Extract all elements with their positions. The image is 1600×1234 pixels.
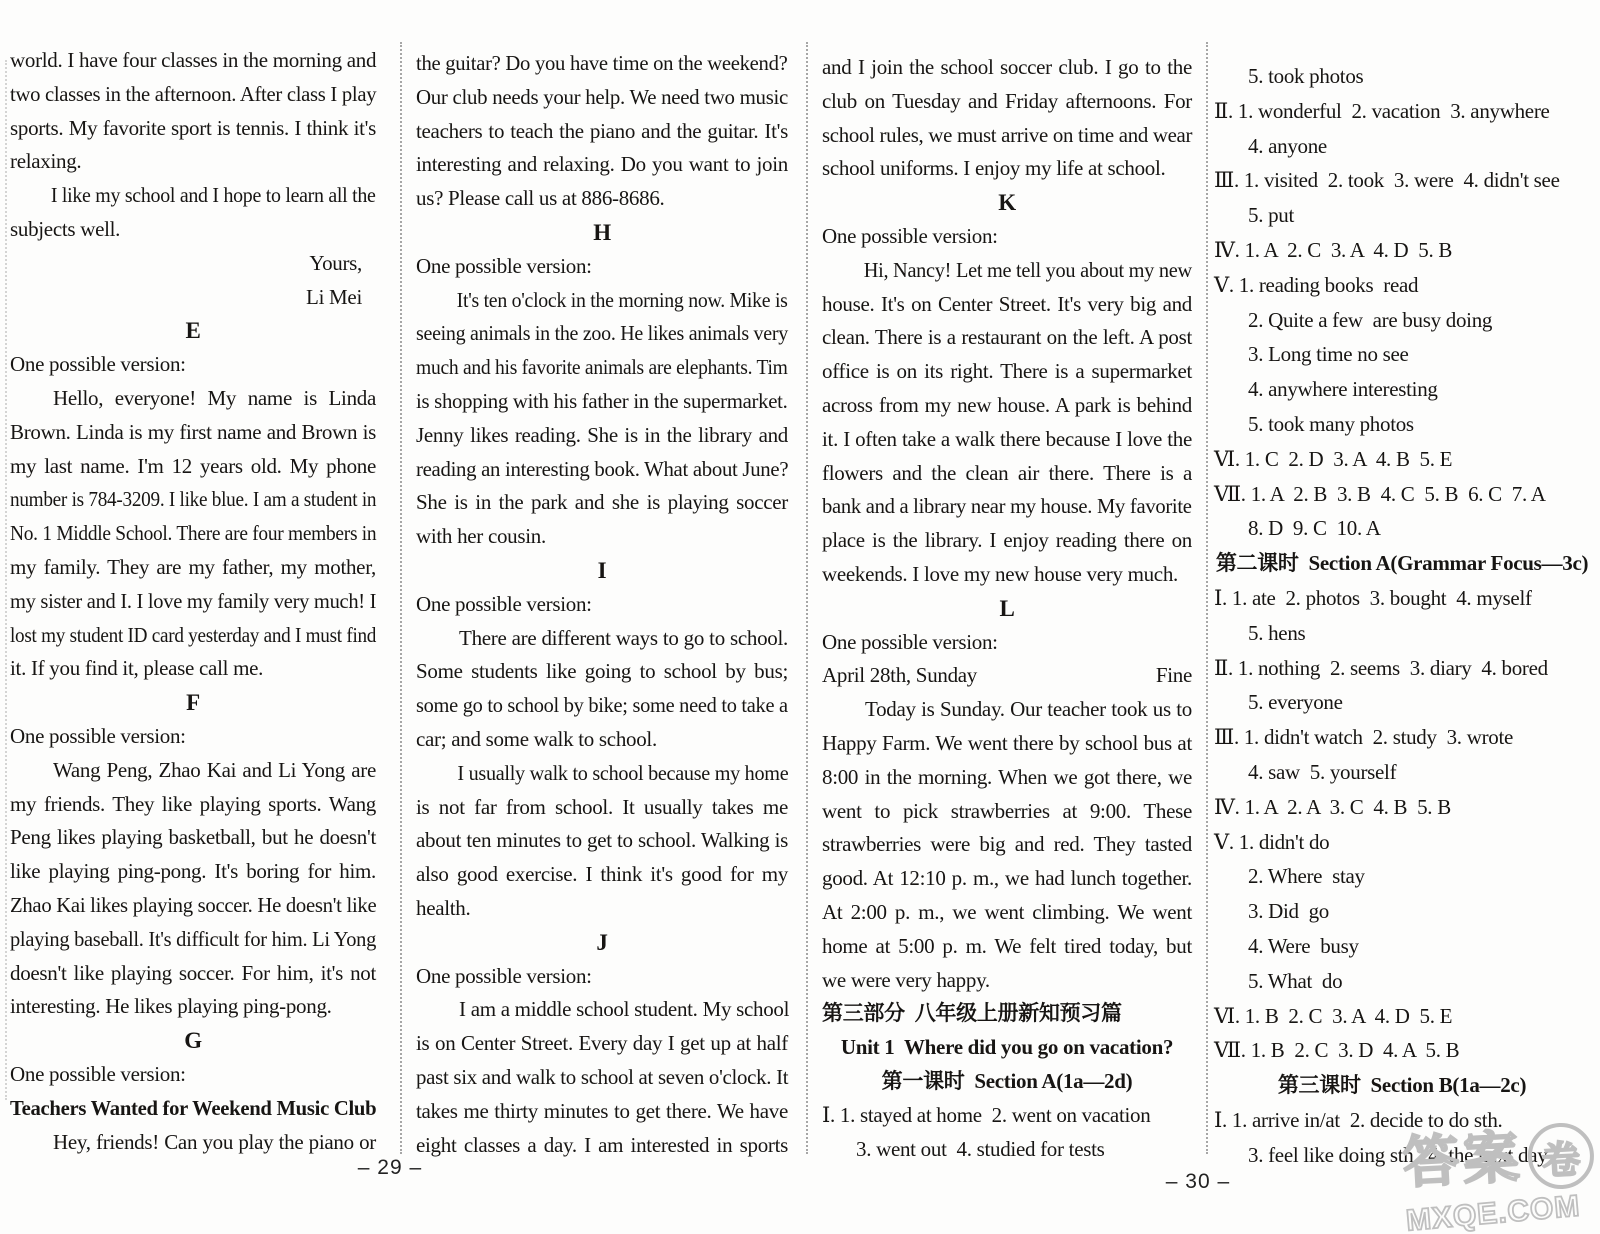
text-line: school uniforms. I enjoy my life at scho… [822, 152, 1192, 186]
text-line: 8:00 in the morning. When we got there, … [822, 761, 1192, 795]
text-line: office is on its right. There is a super… [822, 355, 1192, 389]
text-line: Ⅶ. 1. B 2. C 3. D 4. A 5. B [1214, 1033, 1590, 1068]
text-line: place is the library. I enjoy reading th… [822, 524, 1192, 558]
text-line: There are different ways to go to school… [416, 622, 788, 656]
text-line: Ⅴ. 1. didn't do [1214, 825, 1590, 860]
text-line: flowers and the clean air there. There i… [822, 457, 1192, 491]
text-line: we were very happy. [822, 964, 1192, 998]
text-line: home at 5:00 p. m. We felt tired today, … [822, 930, 1192, 964]
text-line: house. It's on Center Street. It's very … [822, 288, 1192, 322]
section-letter: H [416, 216, 788, 250]
column-divider-3 [1206, 42, 1208, 1154]
text-line: One possible version: [416, 960, 788, 994]
column-divider-2 [806, 42, 808, 1154]
text-line: Peng likes playing basketball, but he do… [10, 821, 376, 855]
page-edge-divider [5, 60, 7, 1100]
section-letter: F [10, 686, 376, 720]
text-line: 4. Were busy [1214, 929, 1590, 964]
weather-text: Fine [1156, 659, 1192, 693]
section-letter: J [416, 926, 788, 960]
section-header: Unit 1 Where did you go on vacation? [822, 1031, 1192, 1065]
text-line: Some students like going to school by bu… [416, 655, 788, 689]
text-line: is on Center Street. Every day I get up … [416, 1027, 788, 1061]
text-line: car; and some walk to school. [416, 723, 788, 757]
text-line: Li Mei [10, 281, 376, 315]
text-line: subjects well. [10, 213, 376, 247]
text-line: 5. everyone [1214, 685, 1590, 720]
text-line: 3. went out 4. studied for tests [822, 1133, 1192, 1167]
text-line: good. At 12:10 p. m., we had lunch toget… [822, 862, 1192, 896]
text-line: Ⅰ. 1. stayed at home 2. went on vacation [822, 1099, 1192, 1133]
text-line: Ⅱ. 1. wonderful 2. vacation 3. anywhere [1214, 94, 1590, 129]
text-line: Ⅱ. 1. nothing 2. seems 3. diary 4. bored [1214, 651, 1590, 686]
text-line: Yours, [10, 247, 376, 281]
text-line: Hey, friends! Can you play the piano or [10, 1126, 376, 1160]
answer-key-page: world. I have four classes in the mornin… [0, 0, 1600, 1234]
text-line: and I join the school soccer club. I go … [822, 51, 1192, 85]
text-line: 2. Quite a few are busy doing [1214, 303, 1590, 338]
text-line: One possible version: [10, 1058, 376, 1092]
text-line: the guitar? Do you have time on the week… [416, 47, 782, 81]
text-line: strawberries were big and red. They tast… [822, 828, 1192, 862]
text-line: Ⅴ. 1. reading books read [1214, 268, 1590, 303]
text-line: 3. Long time no see [1214, 337, 1590, 372]
text-line: Our club needs your help. We need two mu… [416, 81, 786, 115]
text-line: Ⅳ. 1. A 2. C 3. A 4. D 5. B [1214, 233, 1590, 268]
column-1: world. I have four classes in the mornin… [10, 44, 376, 1159]
section-letter: L [822, 592, 1192, 626]
text-line: Ⅵ. 1. C 2. D 3. A 4. B 5. E [1214, 442, 1590, 477]
text-line: interesting. He likes playing ping-pong. [10, 990, 376, 1024]
column-4: 5. took photosⅡ. 1. wonderful 2. vacatio… [1214, 59, 1590, 1173]
text-line: teachers to teach the piano and the guit… [416, 115, 788, 149]
text-line: Wang Peng, Zhao Kai and Li Yong are [10, 754, 376, 788]
text-line: two classes in the afternoon. After clas… [10, 78, 370, 112]
text-line: 5. took many photos [1214, 407, 1590, 442]
text-line: One possible version: [416, 250, 788, 284]
section-letter: E [10, 314, 376, 348]
text-line: world. I have four classes in the mornin… [10, 44, 376, 78]
text-line: Happy Farm. We went there by school bus … [822, 727, 1192, 761]
text-line: is shopping with his father in the super… [416, 385, 784, 419]
text-line: Today is Sunday. Our teacher took us to [822, 693, 1192, 727]
text-line: 5. put [1214, 198, 1590, 233]
text-line: seeing animals in the zoo. He likes anim… [416, 317, 770, 351]
section-letter: K [822, 186, 1192, 220]
page-number-right: – 30 – [1128, 1170, 1268, 1194]
text-line: One possible version: [10, 348, 376, 382]
text-line: Jenny likes reading. She is in the libra… [416, 419, 788, 453]
text-line: club on Tuesday and Friday afternoons. F… [822, 85, 1192, 119]
text-line: Hello, everyone! My name is Linda [10, 382, 376, 416]
date-text: April 28th, Sunday [822, 659, 977, 693]
text-line: No. 1 Middle School. There are four memb… [10, 517, 348, 551]
text-line: I usually walk to school because my home [416, 757, 774, 791]
column-2: the guitar? Do you have time on the week… [416, 47, 788, 1162]
text-line: weekends. I love my new house very much. [822, 558, 1192, 592]
text-line: about ten minutes to get to school. Walk… [416, 824, 788, 858]
text-line: 8. D 9. C 10. A [1214, 511, 1590, 546]
section-header: 第二课时 Section A(Grammar Focus—3c) [1214, 546, 1590, 581]
text-line: 3. Did go [1214, 894, 1590, 929]
text-line: also good exercise. I think it's good fo… [416, 858, 788, 892]
text-line: it. If you find it, please call me. [10, 652, 376, 686]
section-header: Teachers Wanted for Weekend Music Club [10, 1092, 370, 1126]
text-line: bank and a library near my house. My fav… [822, 490, 1185, 524]
watermark-site-text: MXQE.COM [1405, 1187, 1600, 1234]
text-line: playing baseball. It's difficult for him… [10, 923, 366, 957]
text-line: interesting and relaxing. Do you want to… [416, 148, 788, 182]
text-line: lost my student ID card yesterday and I … [10, 619, 344, 653]
text-line: Zhao Kai likes playing soccer. He doesn'… [10, 889, 371, 923]
section-letter: G [10, 1024, 376, 1058]
page-number-left: – 29 – [320, 1156, 460, 1180]
text-line: health. [416, 892, 788, 926]
text-line: I like my school and I hope to learn all… [10, 179, 357, 213]
text-line: 4. anywhere interesting [1214, 372, 1590, 407]
text-line: Ⅰ. 1. ate 2. photos 3. bought 4. myself [1214, 581, 1590, 616]
text-line: Ⅳ. 1. A 2. A 3. C 4. B 5. B [1214, 790, 1590, 825]
text-line: eight classes a day. I am interested in … [416, 1129, 788, 1163]
text-line: clean. There is a restaurant on the left… [822, 321, 1192, 355]
text-line: past six and walk to school at seven o'c… [416, 1061, 786, 1095]
column-3: and I join the school soccer club. I go … [822, 51, 1192, 1166]
text-line: my friends. They like playing sports. Wa… [10, 788, 376, 822]
text-line: reading an interesting book. What about … [416, 453, 784, 487]
text-line: doesn't like playing soccer. For him, it… [10, 957, 376, 991]
text-line: Ⅵ. 1. B 2. C 3. A 4. D 5. E [1214, 999, 1590, 1034]
text-line: with her cousin. [416, 520, 788, 554]
text-line: One possible version: [822, 626, 1192, 660]
text-line: 2. Where stay [1214, 859, 1590, 894]
text-line: my family. They are my father, my mother… [10, 551, 376, 585]
text-line: One possible version: [10, 720, 376, 754]
text-line: us? Please call us at 886-8686. [416, 182, 788, 216]
text-line: Brown. Linda is my first name and Brown … [10, 416, 376, 450]
section-header: 第三课时 Section B(1a—2c) [1214, 1068, 1590, 1103]
text-line: relaxing. [10, 145, 376, 179]
section-header: 第一课时 Section A(1a—2d) [822, 1065, 1192, 1099]
text-line: school rules, we must arrive on time and… [822, 119, 1189, 153]
text-line: I am a middle school student. My school [416, 993, 788, 1027]
text-line: Ⅶ. 1. A 2. B 3. B 4. C 5. B 6. C 7. A [1214, 477, 1590, 512]
text-line: my last name. I'm 12 years old. My phone [10, 450, 376, 484]
text-line: 3. feel like doing sth. 4. the next day [1214, 1138, 1590, 1173]
column-divider-1 [400, 42, 402, 1154]
text-line: Ⅲ. 1. didn't watch 2. study 3. wrote [1214, 720, 1590, 755]
text-line: 5. took photos [1214, 59, 1590, 94]
text-line: is not far from school. It usually takes… [416, 791, 788, 825]
text-line: my sister and I. I love my family very m… [10, 585, 367, 619]
text-line: Ⅰ. 1. arrive in/at 2. decide to do sth. [1214, 1103, 1590, 1138]
text-line: 4. saw 5. yourself [1214, 755, 1590, 790]
text-line: like playing ping-pong. It's boring for … [10, 855, 376, 889]
text-line: 5. hens [1214, 616, 1590, 651]
text-line: One possible version: [416, 588, 788, 622]
text-line: across from my new house. A park is behi… [822, 389, 1192, 423]
text-line: She is in the park and she is playing so… [416, 486, 788, 520]
text-line: At 2:00 p. m., we went climbing. We went [822, 896, 1192, 930]
text-line: April 28th, SundayFine [822, 659, 1192, 693]
text-line: Hi, Nancy! Let me tell you about my new [822, 254, 1180, 288]
text-line: it. I often take a walk there because I … [822, 423, 1192, 457]
section-header: 第三部分 八年级上册新知预习篇 [822, 997, 1192, 1031]
text-line: It's ten o'clock in the morning now. Mik… [416, 284, 767, 318]
text-line: 4. anyone [1214, 129, 1590, 164]
text-line: Ⅲ. 1. visited 2. took 3. were 4. didn't … [1214, 163, 1590, 198]
text-line: sports. My favorite sport is tennis. I t… [10, 112, 376, 146]
text-line: much and his favorite animals are elepha… [416, 351, 763, 385]
text-line: number is 784-3209. I like blue. I am a … [10, 483, 345, 517]
text-line: One possible version: [822, 220, 1192, 254]
section-letter: I [416, 554, 788, 588]
text-line: takes me thirty minutes to get there. We… [416, 1095, 788, 1129]
text-line: went to pick strawberries at 9:00. These [822, 795, 1192, 829]
text-line: 5. What do [1214, 964, 1590, 999]
text-line: some go to school by bike; some need to … [416, 689, 777, 723]
